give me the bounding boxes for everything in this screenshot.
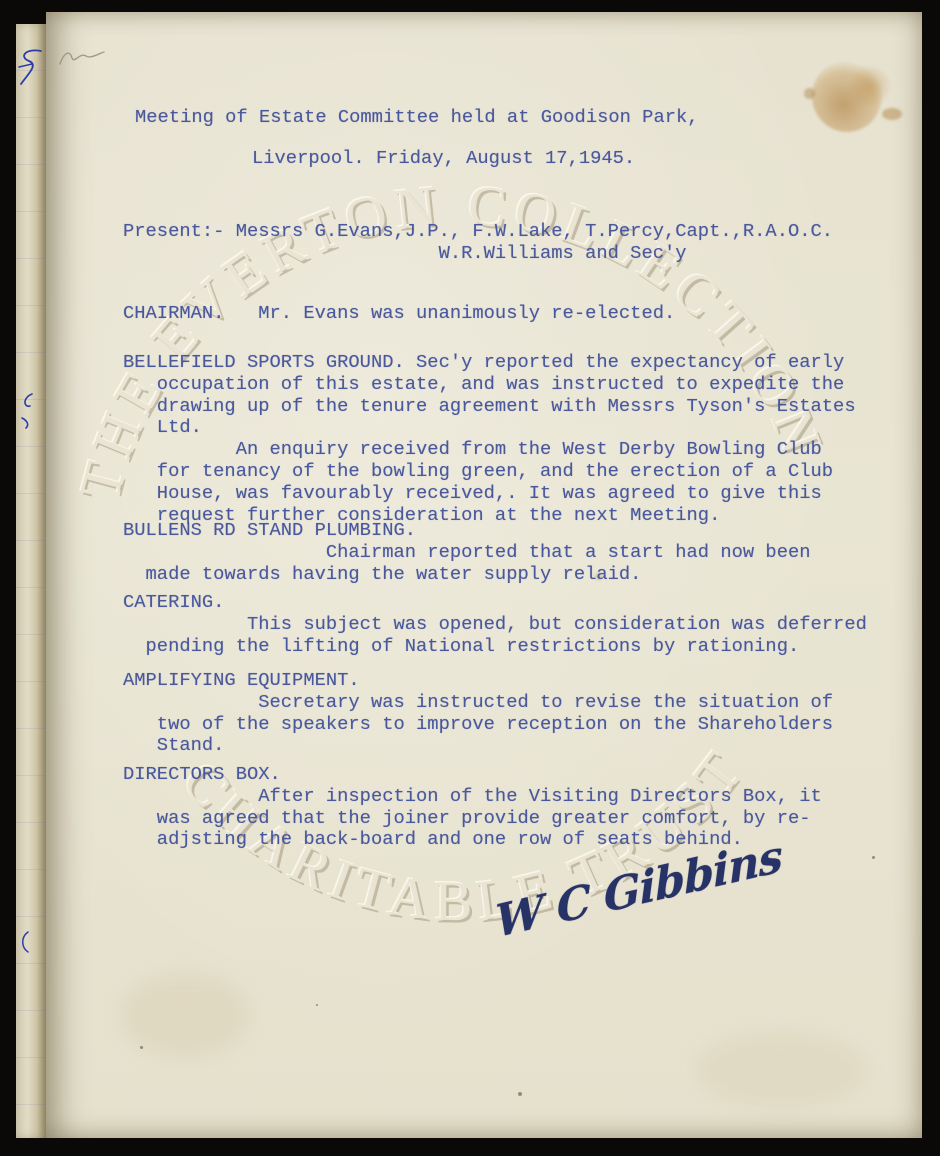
previous-page-edge [16,24,46,1138]
speck [140,1046,143,1049]
stain [882,108,902,120]
chairman-paragraph: CHAIRMAN. Mr. Evans was unanimously re-e… [123,303,675,325]
section-catering: CATERING. This subject was opened, but c… [123,592,867,657]
section-amplifying-equipment: AMPLIFYING EQUIPMENT. Secretary was inst… [123,670,833,757]
foxing-patch [120,972,250,1058]
present-paragraph: Present:- Messrs G.Evans,J.P., F.W.Lake,… [123,221,833,265]
speck [518,1092,522,1096]
stain [804,88,815,99]
speck [872,856,875,859]
handwritten-ink-mark [17,48,47,90]
handwritten-ink-mark [16,930,32,956]
handwritten-ink-mark [16,390,38,432]
title-line-2: Liverpool. Friday, August 17,1945. [252,148,635,170]
section-bellefield-sports-ground: BELLEFIELD SPORTS GROUND. Sec'y reported… [123,352,856,526]
title-line-1: Meeting of Estate Committee held at Good… [135,107,699,129]
foxing-patch [696,1032,866,1108]
ledger-rule-lines [16,24,46,1138]
stain [846,66,894,106]
section-bullens-rd-stand-plumbing: BULLENS RD STAND PLUMBING. Chairman repo… [123,520,811,585]
scanned-minutes-page: THE EVERTON COLLECTION THE EVERTON COLLE… [0,0,940,1156]
speck [316,1004,318,1006]
section-directors-box: DIRECTORS BOX. After inspection of the V… [123,764,822,851]
document-page: THE EVERTON COLLECTION THE EVERTON COLLE… [46,12,922,1138]
pencil-mark [56,42,108,74]
